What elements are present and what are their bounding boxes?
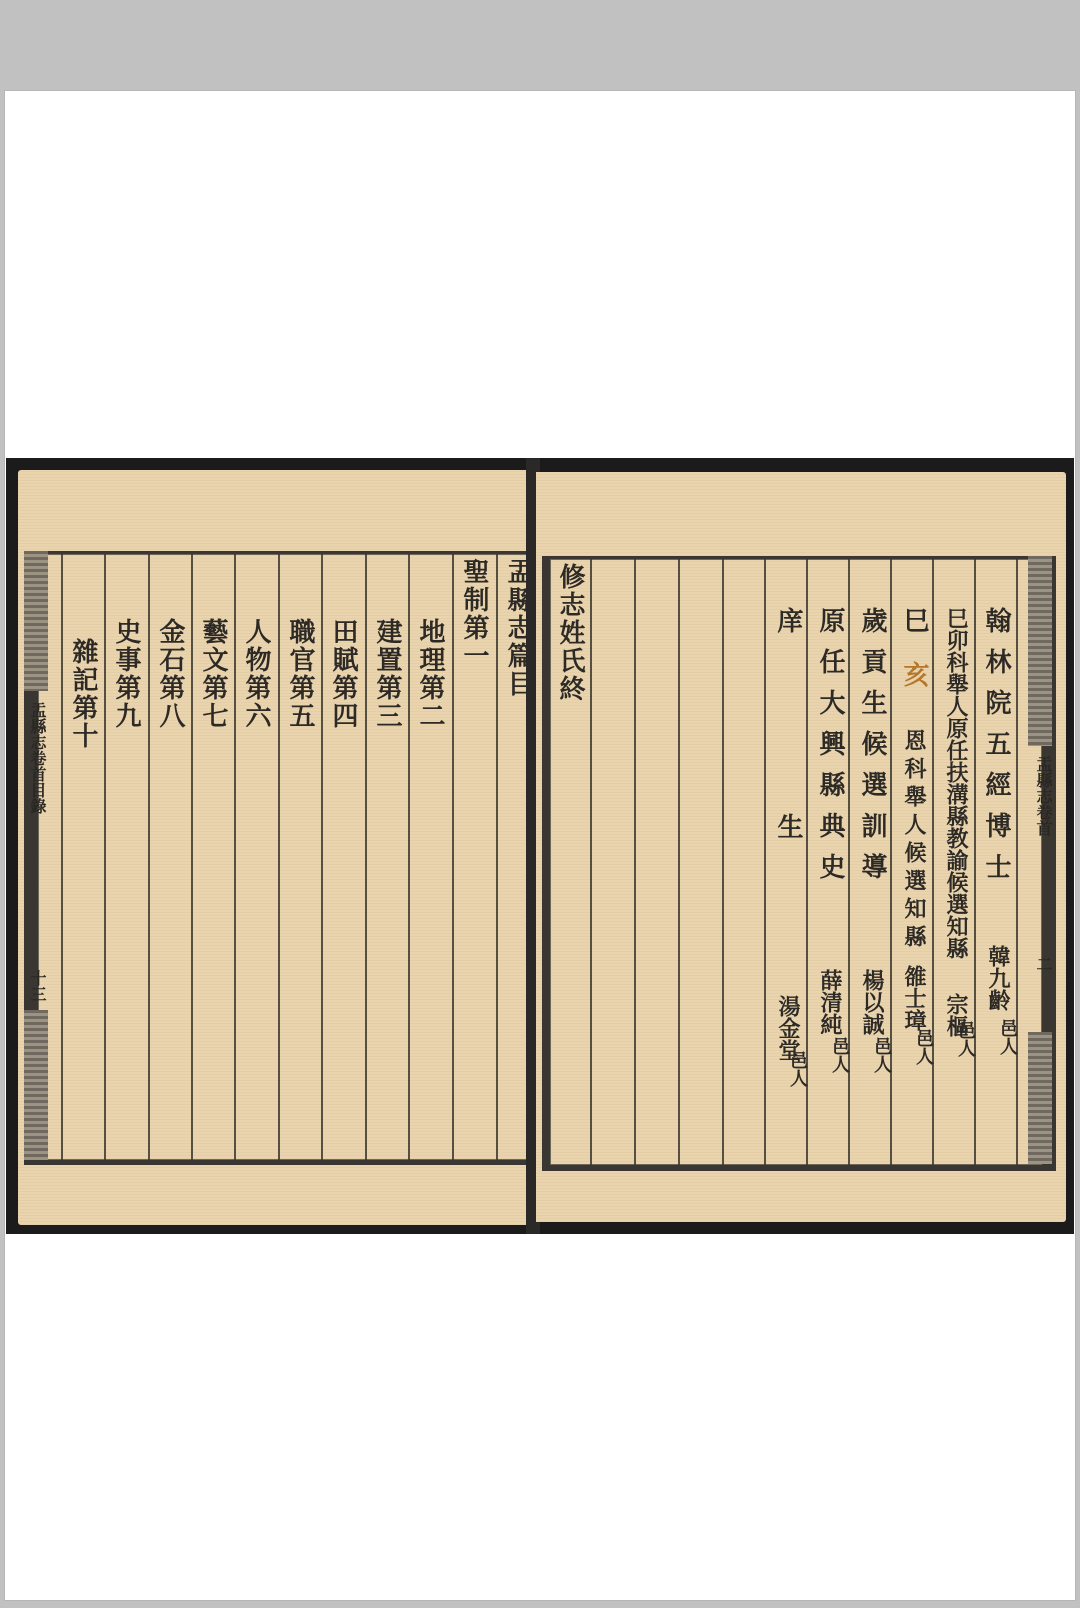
book-scan: 盂縣志篇目 聖制第一 地理第二 建置第三 田賦第四 職官第五 人物第六 藝文第七… bbox=[6, 458, 1074, 1234]
left-page-frame: 盂縣志篇目 聖制第一 地理第二 建置第三 田賦第四 職官第五 人物第六 藝文第七… bbox=[24, 551, 541, 1165]
contributor-4-origin: 邑人 bbox=[872, 1037, 890, 1073]
toc-entry-8: 金石第八 bbox=[150, 618, 190, 730]
right-gutter-block-bottom bbox=[1028, 1032, 1052, 1164]
contributor-6-title: 庠生 bbox=[768, 607, 808, 1019]
contributor-4-name: 楊以誠 bbox=[852, 969, 892, 1035]
contributor-5-origin: 邑人 bbox=[830, 1037, 848, 1073]
contributors-end-title: 修志姓氏終 bbox=[550, 563, 590, 703]
right-gutter-page: 二 bbox=[1032, 956, 1055, 972]
right-gutter-block-top bbox=[1028, 556, 1052, 746]
left-gutter-block-bottom bbox=[24, 1010, 48, 1160]
contributor-6-origin: 邑人 bbox=[788, 1051, 806, 1087]
toc-entry-4: 田賦第四 bbox=[323, 618, 363, 730]
toc-entry-9: 史事第九 bbox=[106, 618, 146, 730]
toc-entry-7: 藝文第七 bbox=[193, 618, 233, 730]
contributor-3-title: 恩科舉人候選知縣 bbox=[894, 729, 934, 953]
contributor-5-title: 原任大興縣典史 bbox=[810, 607, 850, 894]
contributor-2-origin: 邑人 bbox=[956, 1021, 974, 1057]
contributor-3-title-highlight: 亥 bbox=[894, 661, 934, 689]
right-page-frame: 修志姓氏終 翰林院五經博士 韓九齡 邑人 巳卯科舉人原任扶溝縣教諭候選知縣 宗樞… bbox=[542, 556, 1056, 1171]
left-gutter-label: 盂縣志卷首目錄 bbox=[26, 702, 49, 814]
toc-entry-1: 聖制第一 bbox=[454, 558, 494, 670]
toc-entry-10: 雜記第十 bbox=[63, 638, 103, 750]
left-gutter-page: 十三 bbox=[26, 970, 49, 1002]
right-page: 修志姓氏終 翰林院五經博士 韓九齡 邑人 巳卯科舉人原任扶溝縣教諭候選知縣 宗樞… bbox=[536, 472, 1066, 1222]
contributor-1-name: 韓九齡 bbox=[978, 945, 1018, 1011]
right-gutter-label: 盂縣志卷首 bbox=[1032, 756, 1055, 836]
toc-entry-3: 建置第三 bbox=[367, 618, 407, 730]
contributor-3-name: 雒士璋 bbox=[894, 965, 934, 1031]
toc-entry-2: 地理第二 bbox=[410, 618, 450, 730]
contributor-3-origin: 邑人 bbox=[914, 1029, 932, 1065]
contributor-1-origin: 邑人 bbox=[998, 1019, 1016, 1055]
left-gutter-block-top bbox=[24, 551, 48, 691]
toc-entry-6: 人物第六 bbox=[236, 618, 276, 730]
contributor-5-name: 薛清純 bbox=[810, 969, 850, 1035]
left-page: 盂縣志篇目 聖制第一 地理第二 建置第三 田賦第四 職官第五 人物第六 藝文第七… bbox=[18, 470, 536, 1225]
contributor-4-title: 歲貢生候選訓導 bbox=[852, 607, 892, 894]
contributor-2-title: 巳卯科舉人原任扶溝縣教諭候選知縣 bbox=[936, 607, 976, 959]
contributor-3-title-top: 巳 bbox=[894, 607, 934, 635]
contributor-1-title: 翰林院五經博士 bbox=[976, 607, 1016, 894]
toc-entry-5: 職官第五 bbox=[280, 618, 320, 730]
